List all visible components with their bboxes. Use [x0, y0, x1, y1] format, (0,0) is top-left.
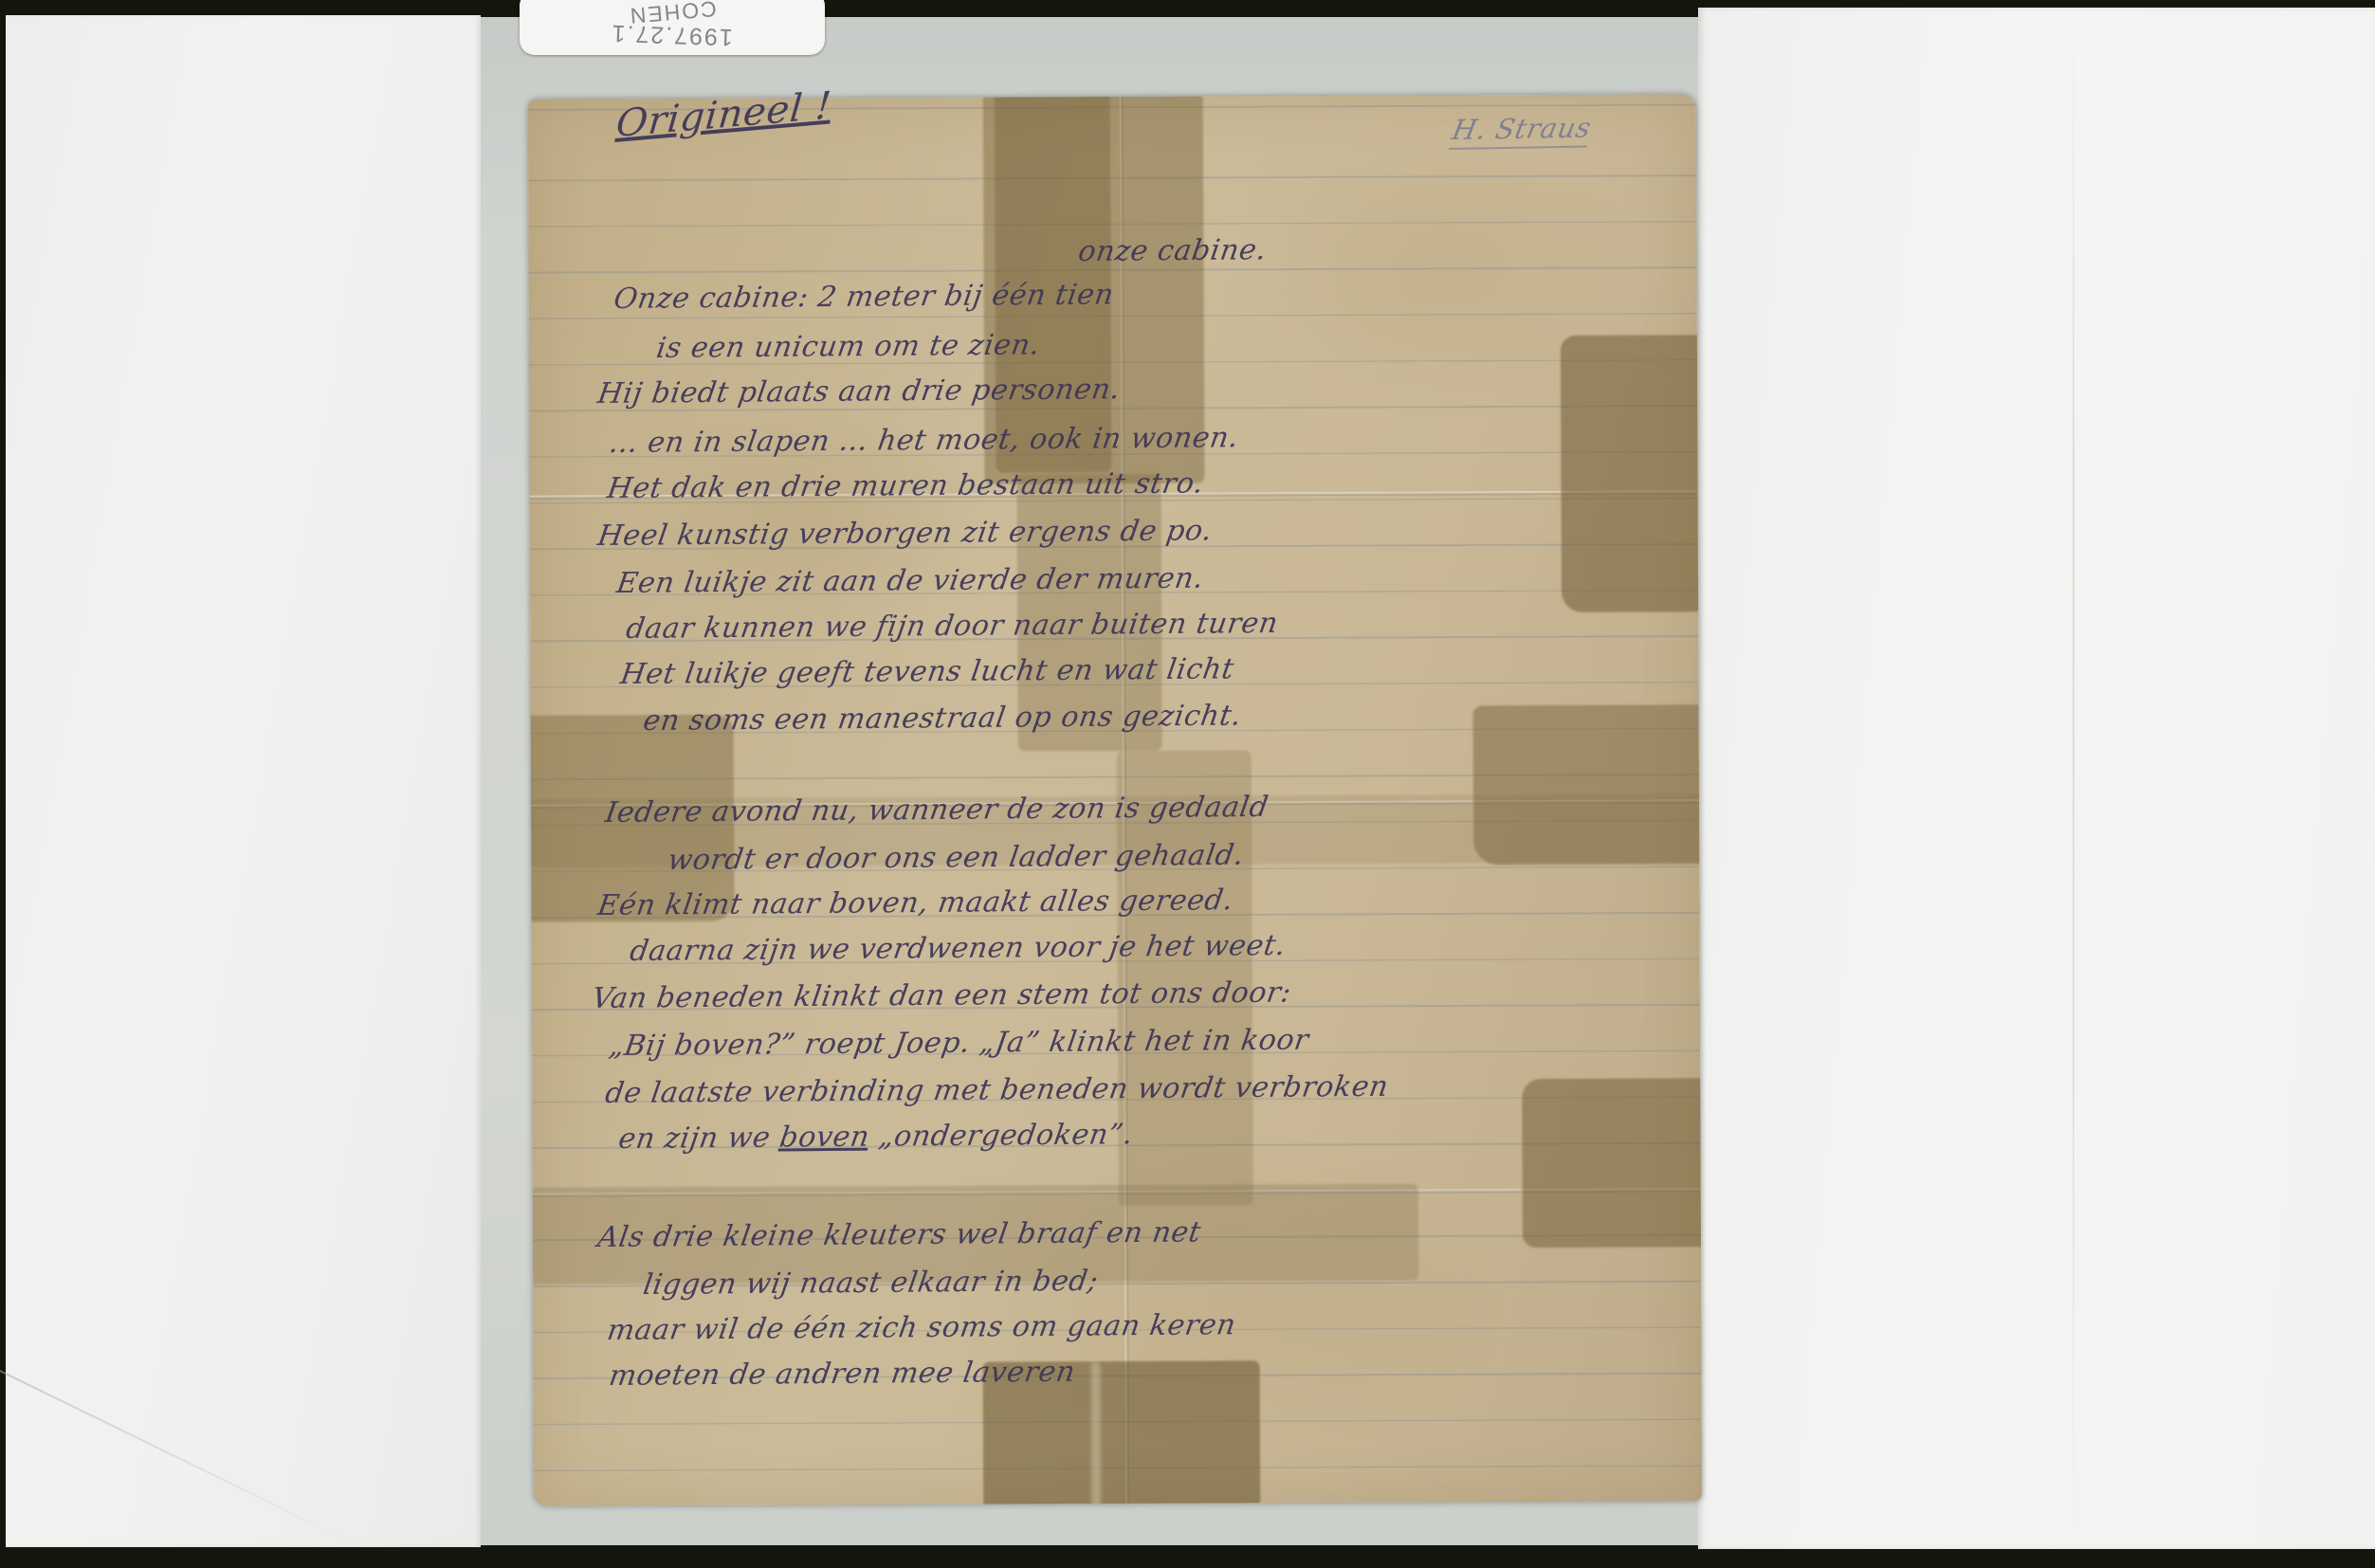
poem-line: Een luikje zit aan de vierde der muren. [614, 562, 1206, 600]
poem-line: Heel kunstig verborgen zit ergens de po. [595, 514, 1215, 553]
poem-line: de laatste verbinding met beneden wordt … [603, 1070, 1391, 1110]
signature: H. Straus [1449, 111, 1594, 150]
poem-line-underlined-word: boven [777, 1121, 872, 1155]
accession-label-text: 1997.27.1 COHEN [611, 0, 735, 49]
poem-line: Als drie kleine kleuters wel braaf en ne… [595, 1215, 1203, 1254]
tape-piece [1522, 1078, 1702, 1248]
poem-line: daar kunnen we fijn door naar buiten tur… [624, 607, 1281, 646]
poem-line: „Bij boven?” roept Joep. „Ja” klinkt het… [607, 1024, 1311, 1063]
poem-line: Het luikje geeft tevens lucht en wat lic… [618, 652, 1236, 691]
tape-piece [1561, 335, 1702, 612]
poem-line: daarna zijn we verdwenen voor je het wee… [628, 929, 1288, 968]
tape-seam [1091, 1361, 1102, 1506]
poem-line: Het dak en drie muren bestaan uit stro. [605, 467, 1206, 505]
backing-sheet-left [6, 15, 481, 1547]
poem-line: Hij biedt plaats aan drie personen. [595, 373, 1123, 410]
poem-line: en soms een manestraal op ons gezicht. [641, 700, 1244, 738]
poem-line: en zijn we boven „ondergedoken”. [616, 1118, 1136, 1156]
poem-line: Iedere avond nu, wanneer de zon is gedaa… [603, 791, 1270, 830]
poem-line: is een unicum om te zien. [654, 328, 1042, 365]
poem-line: wordt er door ons een ladder gehaald. [666, 839, 1247, 877]
fold-crease [2073, 8, 2074, 1543]
poem-title: onze cabine. [1076, 233, 1269, 268]
poem-line-pre: en zijn we [616, 1121, 782, 1156]
poem-line: liggen wij naast elkaar in bed; [641, 1265, 1101, 1302]
poem-line: … en in slapen … het moet, ook in wonen. [607, 421, 1241, 460]
poem-line: Onze cabine: 2 meter bij één tien [612, 278, 1116, 316]
poem-line: Van beneden klinkt dan een stem tot ons … [590, 976, 1293, 1015]
accession-label: 1997.27.1 COHEN [520, 0, 825, 55]
scanned-document: 1997.27.1 COHEN Origineel ! H. Straus on… [0, 0, 2375, 1568]
backing-sheet-right [1698, 8, 2375, 1549]
poem-line-post: „ondergedoken”. [867, 1118, 1135, 1153]
poem-line: Eén klimt naar boven, maakt alles gereed… [595, 884, 1235, 922]
poem-line: moeten de andren mee laveren [607, 1356, 1078, 1393]
poem-line: maar wil de één zich soms om gaan keren [605, 1308, 1238, 1347]
